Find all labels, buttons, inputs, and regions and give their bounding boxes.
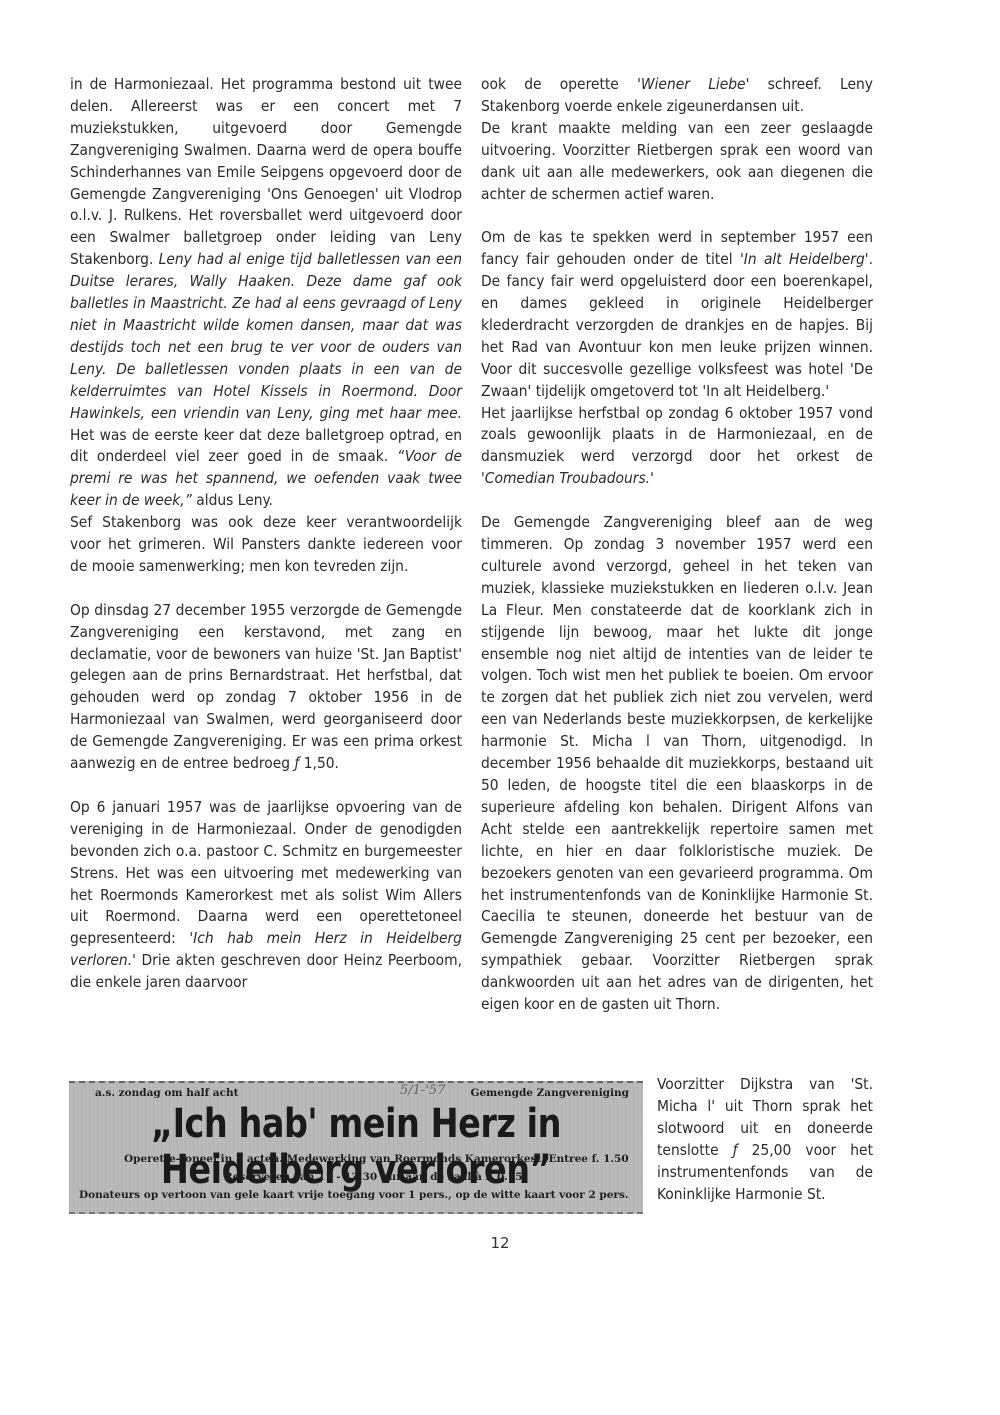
paragraph: Op 6 januari 1957 was de jaarlijkse opvo… bbox=[70, 797, 462, 994]
italic-text: Leny had al enige tijd balletlessen van … bbox=[70, 250, 462, 421]
body-text: . De fancy fair werd opgeluisterd door e… bbox=[481, 250, 873, 399]
body-text: Het jaarlijkse herfstbal op zondag 6 okt… bbox=[481, 404, 873, 466]
paragraph: Om de kas te spekken werd in september 1… bbox=[481, 227, 873, 402]
clipping-line-1: Operette-toneel in 3 acten. Medewerking … bbox=[124, 1153, 629, 1165]
page-number: 12 bbox=[0, 1234, 1000, 1252]
italic-text: 'In alt Heidelberg' bbox=[740, 250, 869, 268]
paragraph: De krant maakte melding van een zeer ges… bbox=[481, 118, 873, 206]
body-text: De Gemengde Zangvereniging bleef aan de … bbox=[481, 513, 873, 1013]
body-text: 1,50. bbox=[299, 754, 339, 772]
paragraph: Voorzitter Dijkstra van 'St. Micha l' ui… bbox=[657, 1074, 873, 1205]
body-text: ook de operette bbox=[481, 75, 637, 93]
left-column: in de Harmoniezaal. Het programma beston… bbox=[70, 74, 462, 994]
document-page: in de Harmoniezaal. Het programma beston… bbox=[0, 0, 1000, 1415]
clipping-line-3: Donateurs op vertoon van gele kaart vrij… bbox=[79, 1189, 629, 1201]
paragraph: ook de operette 'Wiener Liebe' schreef. … bbox=[481, 74, 873, 118]
clipping-line-2: Reserveren van 11 - 12.30 uur aan de zaa… bbox=[224, 1171, 523, 1183]
paragraph: in de Harmoniezaal. Het programma beston… bbox=[70, 74, 462, 512]
body-text: in de Harmoniezaal. Het programma beston… bbox=[70, 75, 462, 268]
clipping-time: a.s. zondag om half acht bbox=[95, 1087, 238, 1099]
paragraph: De Gemengde Zangvereniging bleef aan de … bbox=[481, 512, 873, 1016]
body-text: Op 6 januari 1957 was de jaarlijkse opvo… bbox=[70, 798, 462, 947]
paragraph: Het jaarlijkse herfstbal op zondag 6 okt… bbox=[481, 403, 873, 491]
newspaper-clipping: a.s. zondag om half acht 5/1-'57 Gemengd… bbox=[69, 1081, 643, 1214]
body-text: De krant maakte melding van een zeer ges… bbox=[481, 119, 873, 203]
clipping-organizer: Gemengde Zangvereniging bbox=[471, 1087, 629, 1099]
body-text: ' bbox=[650, 469, 654, 487]
italic-text: 'Wiener Liebe' bbox=[637, 75, 749, 93]
right-column-wrap-text: Voorzitter Dijkstra van 'St. Micha l' ui… bbox=[657, 1074, 873, 1205]
clipping-handwritten-date: 5/1-'57 bbox=[400, 1083, 445, 1098]
right-column: ook de operette 'Wiener Liebe' schreef. … bbox=[481, 74, 873, 1016]
body-text: aldus Leny. bbox=[192, 491, 273, 509]
body-text: Sef Stakenborg was ook deze keer verantw… bbox=[70, 513, 462, 575]
italic-text: 'Comedian Troubadours. bbox=[481, 469, 650, 487]
body-text: Op dinsdag 27 december 1955 verzorgde de… bbox=[70, 601, 462, 772]
paragraph: Op dinsdag 27 december 1955 verzorgde de… bbox=[70, 600, 462, 775]
paragraph: Sef Stakenborg was ook deze keer verantw… bbox=[70, 512, 462, 578]
